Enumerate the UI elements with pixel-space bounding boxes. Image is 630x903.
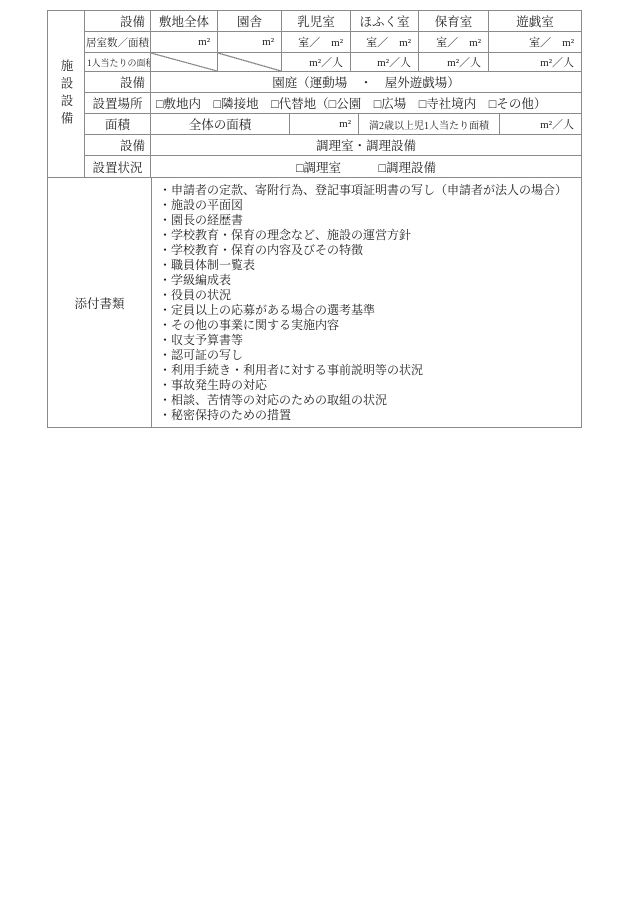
attachment-item: ・相談、苦情等の対応のための取組の状況 — [159, 393, 577, 408]
attachment-item: ・事故発生時の対応 — [159, 378, 577, 393]
row-yard-equipment: 設備 園庭（運動場 ・ 屋外遊戯場） — [85, 72, 581, 93]
cell-building-diagonal — [218, 53, 282, 71]
row-label-yard-equipment: 設備 — [85, 72, 151, 92]
cell-kitchen-description: 調理室・調理設備 — [151, 135, 581, 155]
row-label-equipment: 設備 — [85, 11, 151, 31]
col-header-crawling-room: ほふく室 — [351, 11, 419, 31]
col-header-building: 園舎 — [218, 11, 282, 31]
cell-infant-room-area: 室／ m² — [282, 32, 351, 52]
attachment-item: ・施設の平面図 — [159, 198, 577, 213]
cell-nursery-room-area: 室／ m² — [419, 32, 489, 52]
attachment-item: ・学校教育・保育の理念など、施設の運営方針 — [159, 228, 577, 243]
facility-rows: 設備 敷地全体 園舎 乳児室 ほふく室 保育室 遊戯室 居室数／面積 m² m²… — [85, 11, 581, 177]
cell-yard-description: 園庭（運動場 ・ 屋外遊戯場） — [151, 72, 581, 92]
cell-play-room-area: 室／ m² — [489, 32, 581, 52]
row-rooms-area: 居室数／面積 m² m² 室／ m² 室／ m² 室／ m² 室／ m² — [85, 32, 581, 53]
attachment-item: ・収支予算書等 — [159, 333, 577, 348]
facility-form-table: 施設設備 設備 敷地全体 園舎 乳児室 ほふく室 保育室 遊戯室 居室数／面積 … — [47, 10, 582, 428]
section-label-vertical: 施設設備 — [48, 11, 85, 177]
attachment-item: ・利用手続き・利用者に対する事前説明等の状況 — [159, 363, 577, 378]
col-header-site-total: 敷地全体 — [151, 11, 218, 31]
attachment-item: ・学校教育・保育の内容及びその特徴 — [159, 243, 577, 258]
cell-total-area-unit: m² — [290, 114, 359, 134]
row-label-per-person-area: 1人当たりの面積 — [85, 53, 151, 71]
row-label-kitchen-equipment: 設備 — [85, 135, 151, 155]
cell-building-area: m² — [218, 32, 282, 52]
cell-nursery-per-person: m²／人 — [419, 53, 489, 71]
attachment-item: ・認可証の写し — [159, 348, 577, 363]
cell-infant-per-person: m²／人 — [282, 53, 351, 71]
facility-equipment-section: 施設設備 設備 敷地全体 園舎 乳児室 ほふく室 保育室 遊戯室 居室数／面積 … — [48, 11, 581, 177]
attachment-item: ・秘密保持のための措置 — [159, 408, 577, 423]
row-label-kitchen-status: 設置状況 — [85, 156, 151, 177]
cell-location-checkboxes: □敷地内 □隣接地 □代替地（□公園 □広場 □寺社境内 □その他） — [151, 93, 581, 113]
attachment-item: ・職員体制一覧表 — [159, 258, 577, 273]
col-header-play-room: 遊戯室 — [489, 11, 581, 31]
row-kitchen-equipment: 設備 調理室・調理設備 — [85, 135, 581, 156]
cell-total-area-label: 全体の面積 — [151, 114, 290, 134]
cell-kitchen-status-checkboxes: □調理室 □調理設備 — [151, 156, 581, 177]
attachment-item: ・園長の経歴書 — [159, 213, 577, 228]
row-location: 設置場所 □敷地内 □隣接地 □代替地（□公園 □広場 □寺社境内 □その他） — [85, 93, 581, 114]
row-equipment-header: 設備 敷地全体 園舎 乳児室 ほふく室 保育室 遊戯室 — [85, 11, 581, 32]
attachments-list: ・申請者の定款、寄附行為、登記事項証明書の写し（申請者が法人の場合） ・施設の平… — [152, 178, 581, 427]
attachment-item: ・役員の状況 — [159, 288, 577, 303]
row-area: 面積 全体の面積 m² 満2歳以上児1人当たり面積 m²／人 — [85, 114, 581, 135]
row-label-area: 面積 — [85, 114, 151, 134]
attachment-item: ・申請者の定款、寄附行為、登記事項証明書の写し（申請者が法人の場合） — [159, 183, 577, 198]
attachments-label: 添付書類 — [48, 178, 152, 427]
cell-crawling-room-area: 室／ m² — [351, 32, 419, 52]
cell-crawling-per-person: m²／人 — [351, 53, 419, 71]
row-label-rooms-area: 居室数／面積 — [85, 32, 151, 52]
row-kitchen-status: 設置状況 □調理室 □調理設備 — [85, 156, 581, 177]
attachment-item: ・定員以上の応募がある場合の選考基準 — [159, 303, 577, 318]
col-header-infant-room: 乳児室 — [282, 11, 351, 31]
attachments-section: 添付書類 ・申請者の定款、寄附行為、登記事項証明書の写し（申請者が法人の場合） … — [48, 177, 581, 427]
col-header-nursery-room: 保育室 — [419, 11, 489, 31]
cell-per-child-area-unit: m²／人 — [500, 114, 581, 134]
attachment-item: ・その他の事業に関する実施内容 — [159, 318, 577, 333]
row-label-location: 設置場所 — [85, 93, 151, 113]
cell-per-child-area-label: 満2歳以上児1人当たり面積 — [359, 114, 500, 134]
row-per-person-area: 1人当たりの面積 m²／人 m²／人 m²／人 m²／人 — [85, 53, 581, 72]
cell-site-total-area: m² — [151, 32, 218, 52]
cell-play-per-person: m²／人 — [489, 53, 581, 71]
attachment-item: ・学級編成表 — [159, 273, 577, 288]
cell-site-diagonal — [151, 53, 218, 71]
document-page: 施設設備 設備 敷地全体 園舎 乳児室 ほふく室 保育室 遊戯室 居室数／面積 … — [0, 0, 630, 903]
